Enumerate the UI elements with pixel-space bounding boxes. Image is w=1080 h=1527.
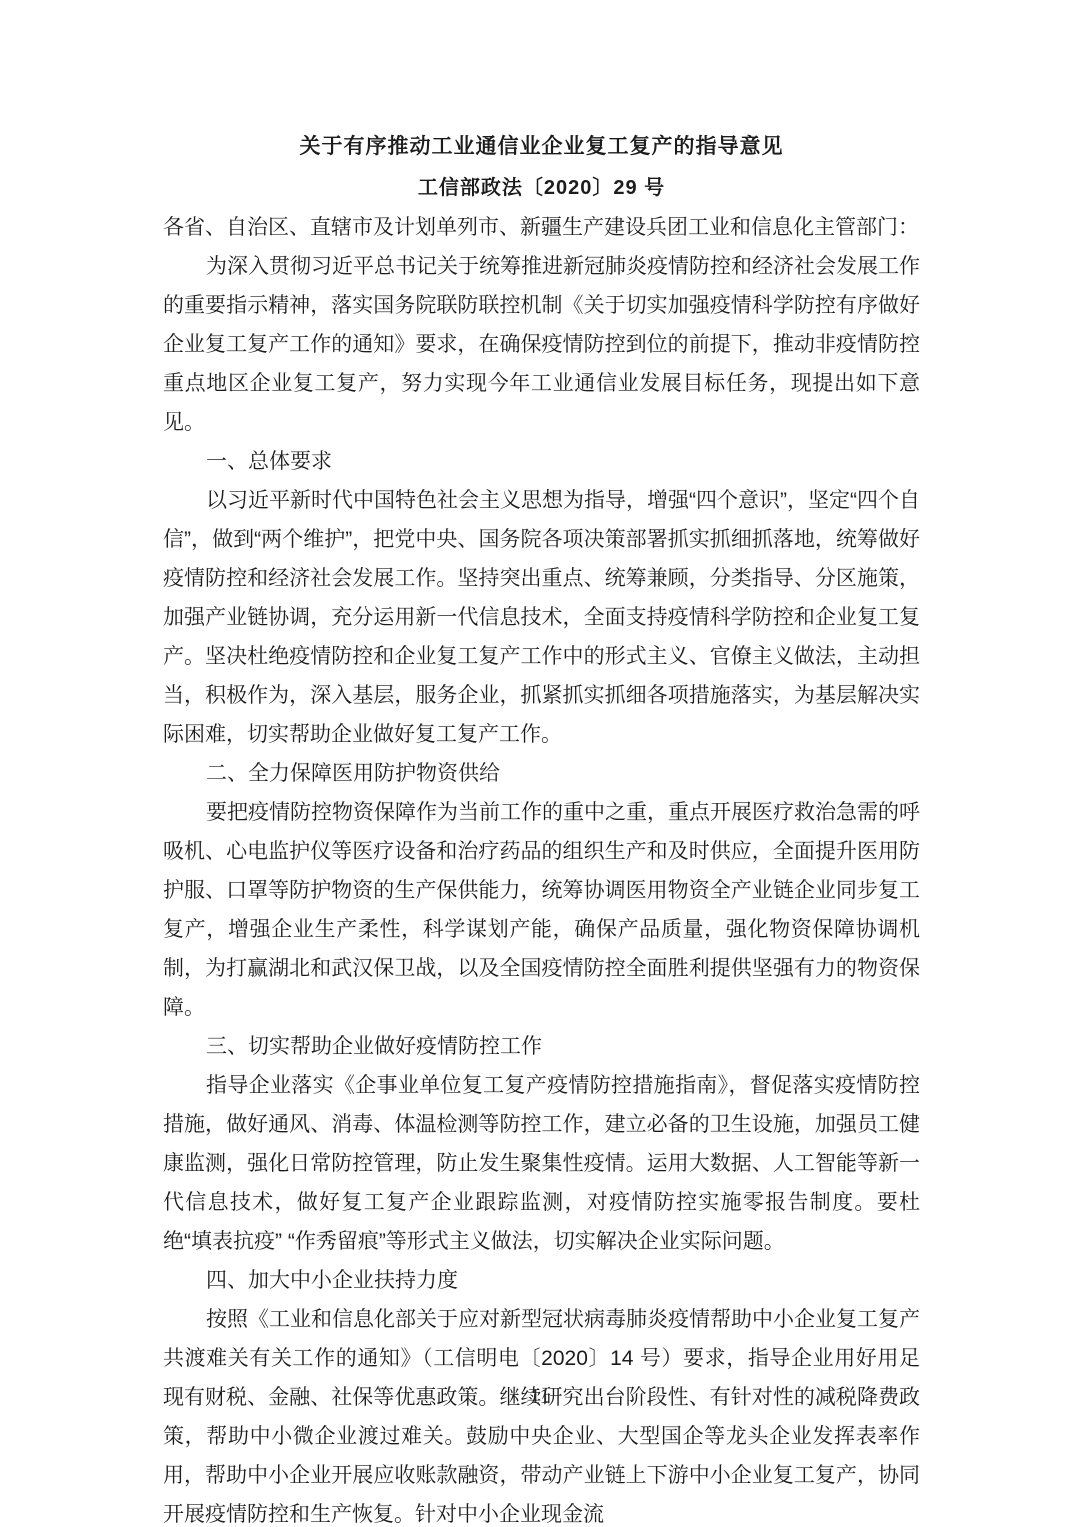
salutation-line: 各省、自治区、直辖市及计划单列市、新疆生产建设兵团工业和信息化主管部门： xyxy=(163,208,920,247)
section-heading-2: 二、全力保障医用防护物资供给 xyxy=(163,754,920,793)
document-number: 工信部政法〔2020〕29 号 xyxy=(163,168,920,208)
intro-paragraph: 为深入贯彻习近平总书记关于统筹推进新冠肺炎疫情防控和经济社会发展工作的重要指示精… xyxy=(163,247,920,442)
section-heading-4: 四、加大中小企业扶持力度 xyxy=(163,1261,920,1300)
section-paragraph-3: 指导企业落实《企事业单位复工复产疫情防控措施指南》，督促落实疫情防控措施，做好通… xyxy=(163,1066,920,1261)
document-page: 关于有序推动工业通信业企业复工复产的指导意见 工信部政法〔2020〕29 号 各… xyxy=(0,0,1080,1527)
section-heading-3: 三、切实帮助企业做好疫情防控工作 xyxy=(163,1027,920,1066)
document-title: 关于有序推动工业通信业企业复工复产的指导意见 xyxy=(163,126,920,168)
page-number: 11 xyxy=(0,1384,1080,1409)
document-body: 关于有序推动工业通信业企业复工复产的指导意见 工信部政法〔2020〕29 号 各… xyxy=(163,126,920,1527)
section-paragraph-4: 按照《工业和信息化部关于应对新型冠状病毒肺炎疫情帮助中小企业复工复产共渡难关有关… xyxy=(163,1300,920,1527)
section-paragraph-1: 以习近平新时代中国特色社会主义思想为指导，增强“四个意识”，坚定“四个自信”，做… xyxy=(163,481,920,754)
section-paragraph-2: 要把疫情防控物资保障作为当前工作的重中之重，重点开展医疗救治急需的呼吸机、心电监… xyxy=(163,793,920,1027)
section-heading-1: 一、总体要求 xyxy=(163,442,920,481)
